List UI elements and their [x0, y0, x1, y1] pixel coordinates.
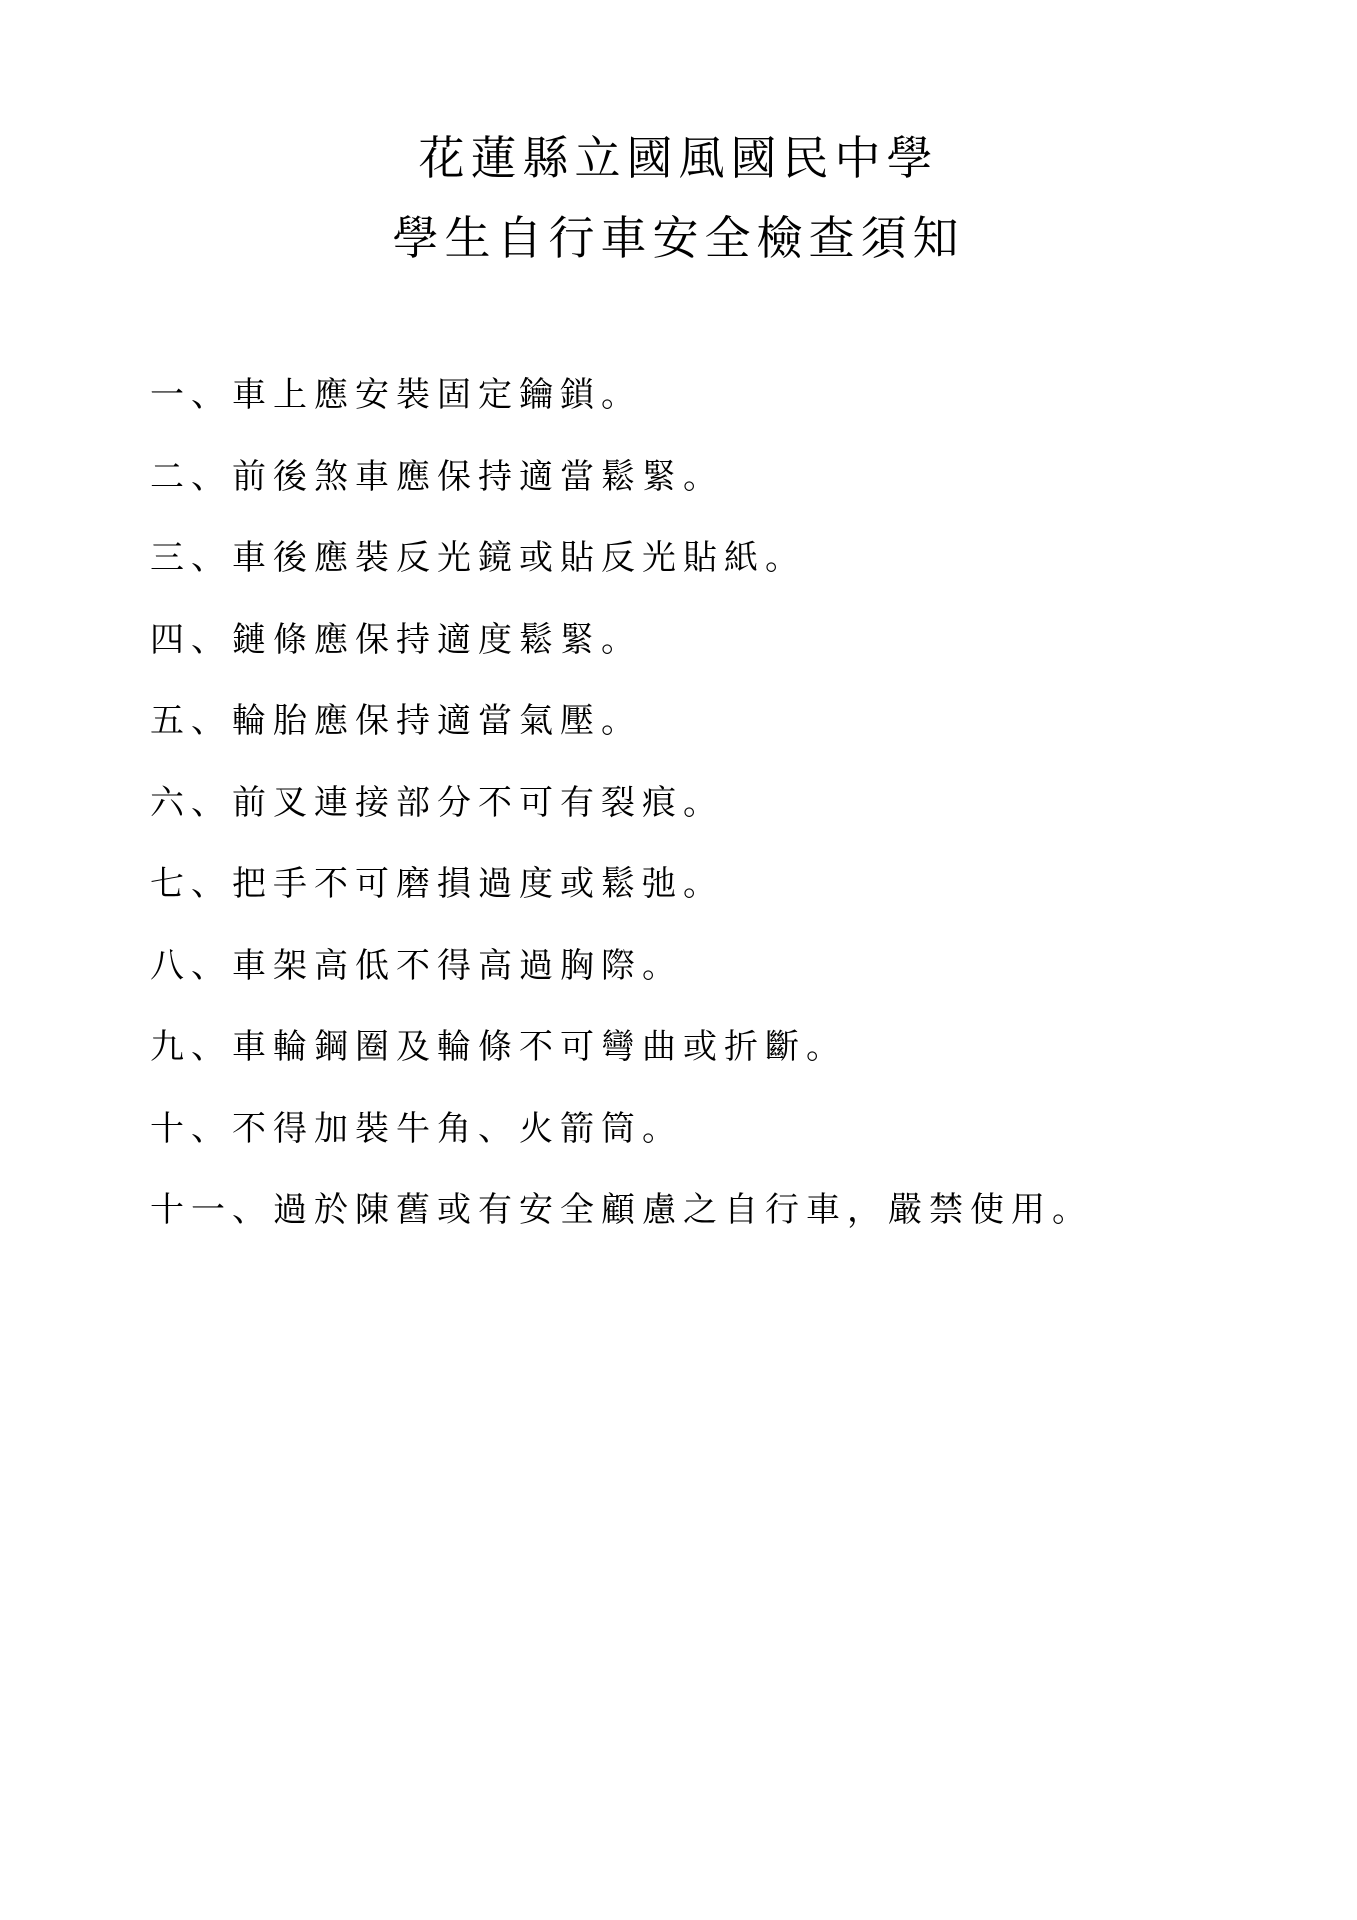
rule-item-1: 一、車上應安裝固定鑰鎖。 — [150, 370, 1093, 452]
document-page: 花蓮縣立國風國民中學 學生自行車安全檢查須知 一、車上應安裝固定鑰鎖。 二、前後… — [0, 0, 1357, 1920]
rule-item-10: 十、不得加裝牛角、火箭筒。 — [150, 1104, 1093, 1186]
school-name-heading: 花蓮縣立國風國民中學 — [0, 118, 1357, 198]
rule-item-4: 四、鏈條應保持適度鬆緊。 — [150, 615, 1093, 697]
rule-item-11: 十一、過於陳舊或有安全顧慮之自行車，嚴禁使用。 — [150, 1185, 1093, 1267]
rule-item-2: 二、前後煞車應保持適當鬆緊。 — [150, 452, 1093, 534]
notice-title-heading: 學生自行車安全檢查須知 — [0, 198, 1357, 278]
rule-item-7: 七、把手不可磨損過度或鬆弛。 — [150, 859, 1093, 941]
rule-item-8: 八、車架高低不得高過胸際。 — [150, 941, 1093, 1023]
rule-item-5: 五、輪胎應保持適當氣壓。 — [150, 696, 1093, 778]
document-title: 花蓮縣立國風國民中學 學生自行車安全檢查須知 — [0, 118, 1357, 278]
rule-item-3: 三、車後應裝反光鏡或貼反光貼紙。 — [150, 533, 1093, 615]
rule-item-9: 九、車輪鋼圈及輪條不可彎曲或折斷。 — [150, 1022, 1093, 1104]
rules-list: 一、車上應安裝固定鑰鎖。 二、前後煞車應保持適當鬆緊。 三、車後應裝反光鏡或貼反… — [150, 370, 1093, 1267]
rule-item-6: 六、前叉連接部分不可有裂痕。 — [150, 778, 1093, 860]
